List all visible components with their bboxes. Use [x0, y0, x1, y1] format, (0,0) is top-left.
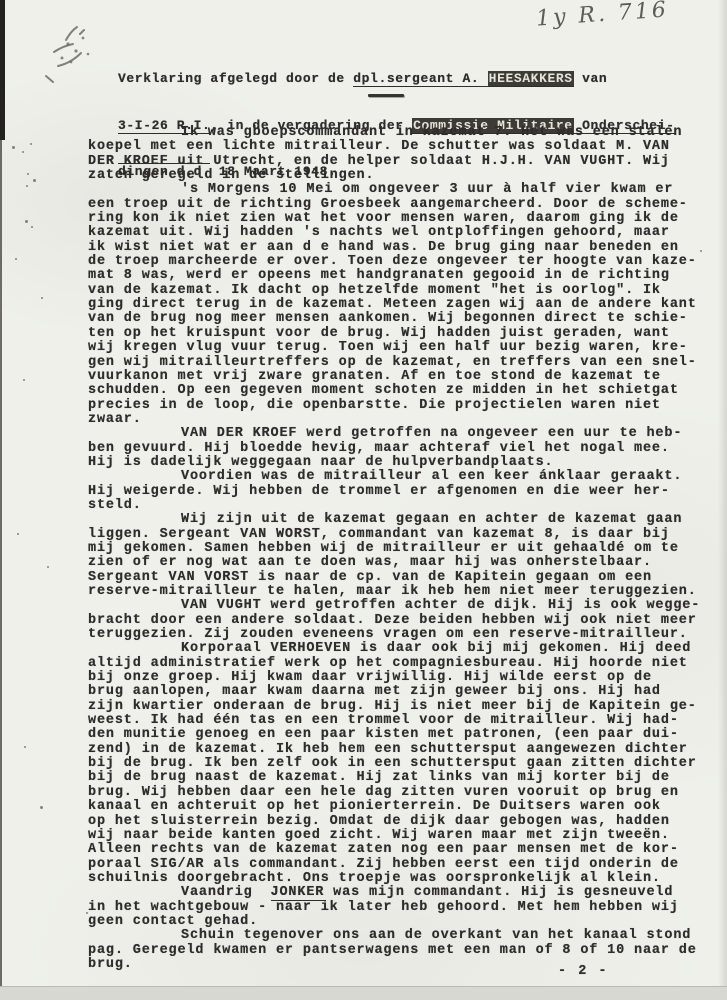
- text-line: zaten geregeld in de stellingen.: [88, 169, 720, 183]
- text-line: Schuin tegenover ons aan de overkant van…: [88, 929, 720, 943]
- text-line: altijd administratief werk op het compag…: [88, 657, 720, 671]
- text-line: geen contact gehad.: [88, 915, 720, 929]
- text-segment: Vaandrig: [181, 885, 271, 900]
- text-line: Hij weigerde. Wij hebben de trommel er a…: [88, 485, 720, 499]
- ink-speckle: [12, 146, 15, 149]
- ink-speckle: [25, 220, 28, 223]
- text-line: kanaal en achteruit op het pionierterrei…: [88, 800, 720, 814]
- text-line: in het wachtgebouw - naar ik later heb g…: [88, 901, 720, 915]
- text-line: 's Morgens 10 Mei om ongeveer 3 uur à ha…: [88, 183, 720, 197]
- ink-speckle: [26, 185, 28, 187]
- text-line: mij gekomen. Samen hebben wij de mitrail…: [88, 542, 720, 556]
- text-line: poraal SIG/AR als commandant. Zij hebben…: [88, 858, 720, 872]
- ink-speckle: [22, 151, 24, 153]
- separator-dash: [368, 94, 404, 97]
- ink-speckle: [31, 226, 33, 228]
- text-line: Ik was gboepscommandant in kazemat 7. He…: [88, 126, 720, 140]
- scanned-document-page: 1y R. 716 Verklaring afgelegd door de dp…: [0, 0, 727, 1000]
- document-body: Ik was gboepscommandant in kazemat 7. He…: [88, 126, 720, 972]
- text-line: bracht door een andere soldaat. Deze bei…: [88, 614, 720, 628]
- text-line: den munitie genoeg en een paar kisten me…: [88, 728, 720, 742]
- text-line: steld.: [88, 499, 720, 513]
- text-line: reserve-mitrailleur te halen, maar ik he…: [88, 585, 720, 599]
- text-line: wij kregen vlug vuur terug. Toen wij een…: [88, 341, 720, 355]
- ink-speckle: [27, 173, 29, 175]
- text-line: zijn kwartier onderaan de brug. Hij is n…: [88, 700, 720, 714]
- scan-edge-left-top: [0, 0, 5, 140]
- ink-speckle: [47, 566, 49, 568]
- text-line: Sergeant VAN VORST is naar de cp. van de…: [88, 571, 720, 585]
- text-line: Vaandrig JONKER was mijn commandant. Hij…: [88, 886, 720, 900]
- text-line: DER KROEF uit Utrecht, en de helper sold…: [88, 155, 720, 169]
- title-text: Verklaring afgelegd door de: [118, 71, 353, 86]
- text-line: pag. Geregeld kwamen er pantserwagens me…: [88, 944, 720, 958]
- text-line: weest. Ik had één tas en een trommel voo…: [88, 714, 720, 728]
- ink-speckle: [17, 533, 19, 535]
- ink-speckle: [30, 143, 32, 145]
- text-line: brug. Wij hebben daar een hele dag zitte…: [88, 786, 720, 800]
- ink-speckle: [40, 806, 43, 809]
- text-line: bij de brug naast de kazemat. Hij zat li…: [88, 771, 720, 785]
- text-line: zend) in de kazemat. Ik heb hem een schu…: [88, 743, 720, 757]
- text-line: zwaar.: [88, 413, 720, 427]
- text-line: mat 8 was, werd er opeens met handgranat…: [88, 269, 720, 283]
- text-line: van de kazemat. Ik dacht op hetzelfde mo…: [88, 284, 720, 298]
- text-line: Korporaal VERHOEVEN is daar ook bij mij …: [88, 642, 720, 656]
- text-line: zien of er nog wat aan te doen was, maar…: [88, 556, 720, 570]
- text-line: kazemat uit. Wij hadden 's nachts wel on…: [88, 226, 720, 240]
- text-line: ten op het kruispunt voor de brug. Wij h…: [88, 327, 720, 341]
- text-line: Voordien was de mitrailleur al een keer …: [88, 470, 720, 484]
- title-text: van: [574, 71, 608, 86]
- handwritten-annotation: 1y R. 716: [535, 0, 669, 32]
- text-line: Alleen rechts van de kazemat zaten nog e…: [88, 843, 720, 857]
- text-line: wij naar beide kanten goed zicht. Wij wa…: [88, 829, 720, 843]
- ink-speckle: [24, 746, 26, 748]
- text-segment: was mijn commandant. Hij is gesneuveld: [324, 885, 673, 900]
- text-line: gen wij mitrailleurtreffers op de kazema…: [88, 356, 720, 370]
- text-line: bij de brug. Ik ben zelf ook in een schu…: [88, 757, 720, 771]
- scan-edge-left: [0, 0, 2, 1000]
- text-line: VAN VUGHT werd getroffen achter de dijk.…: [88, 599, 720, 613]
- page-number: - 2 -: [558, 964, 609, 979]
- text-line: koepel met een lichte mitrailleur. De sc…: [88, 140, 720, 154]
- text-line: bij onze groep. Hij kwam daar vrijwillig…: [88, 671, 720, 685]
- text-line: van de brug nog meer mensen aankomen. Wi…: [88, 312, 720, 326]
- text-line: liggen. Sergeant VAN WORST, commandant v…: [88, 528, 720, 542]
- text-line: schudden. Op een gegeven moment schoten …: [88, 384, 720, 398]
- title-overstruck-name: HEESAKKERS: [488, 71, 574, 87]
- text-line: schuilnis doorgebracht. Ons troepje was …: [88, 872, 720, 886]
- title-underlined-rank: dpl.sergeant A.: [353, 71, 487, 87]
- text-line: VAN DER KROEF werd getroffen na ongeveer…: [88, 427, 720, 441]
- text-line: een troep uit de richting Groesbeek aang…: [88, 198, 720, 212]
- text-line: ging direct terug in de kazemat. Meteen …: [88, 298, 720, 312]
- text-line: vuurkanon met vrij zware granaten. Af en…: [88, 370, 720, 384]
- text-line: precies in de loop, die openbarstte. Die…: [88, 399, 720, 413]
- ink-speckle: [23, 379, 25, 381]
- ink-speckle: [15, 258, 17, 260]
- scan-edge-bottom: [0, 986, 727, 1000]
- text-line: Hij is dadelijk weggegaan naar de hulpve…: [88, 456, 720, 470]
- text-line: de troep marcheerde er over. Toen deze o…: [88, 255, 720, 269]
- text-line: Wij zijn uit de kazemat gegaan en achter…: [88, 513, 720, 527]
- title-line-1: Verklaring afgelegd door de dpl.sergeant…: [118, 71, 675, 87]
- text-line: brug.: [88, 958, 720, 972]
- ink-speckle: [33, 179, 36, 182]
- underlined-name: JONKER: [271, 885, 325, 901]
- text-line: ring kon ik niet zien wat het voor mense…: [88, 212, 720, 226]
- text-line: ik wist niet wat er aan d e hand was. De…: [88, 241, 720, 255]
- text-line: teruggezien. Zij zouden eveneens vragen …: [88, 628, 720, 642]
- text-line: ben gevuurd. Hij bloedde hevig, maar ach…: [88, 442, 720, 456]
- ink-speckle: [41, 297, 43, 299]
- pencil-scribble: [36, 20, 110, 90]
- text-line: brug aanlopen, maar kwam daarna met zijn…: [88, 685, 720, 699]
- text-line: op het sluisterrein bezig. Omdat de dijk…: [88, 815, 720, 829]
